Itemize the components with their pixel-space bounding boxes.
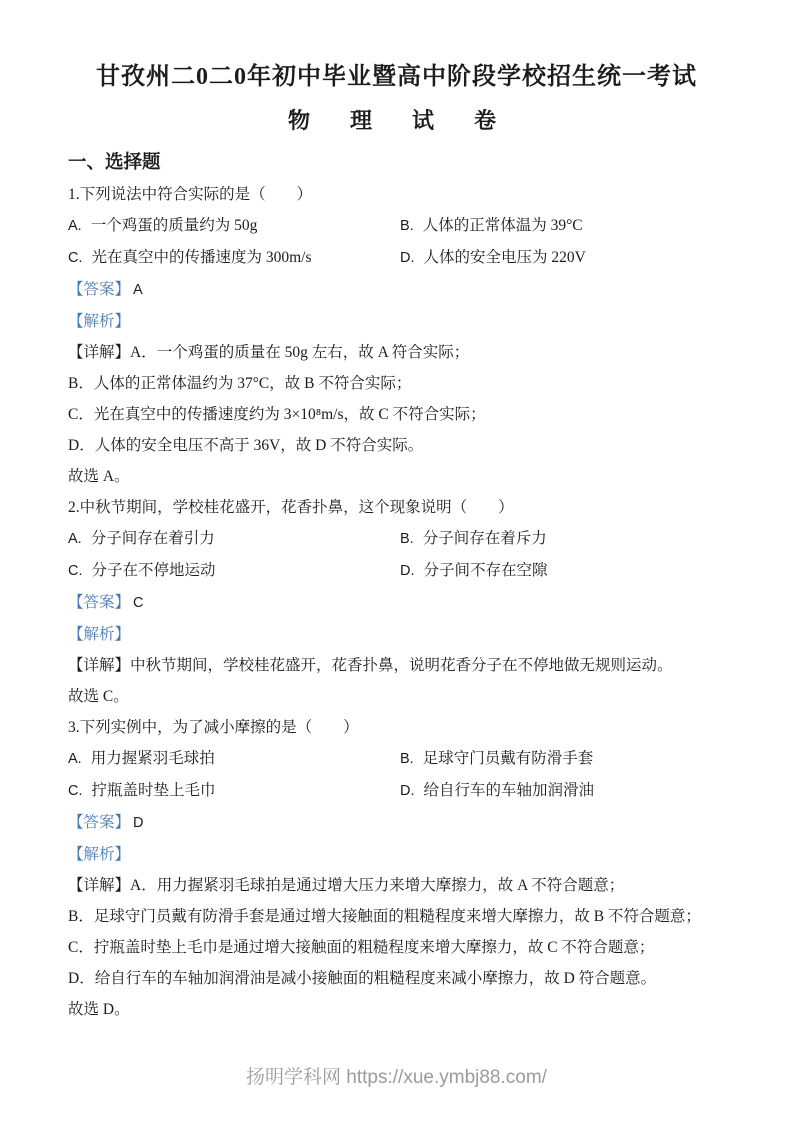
option-key: D. [400, 563, 415, 579]
question-3-option-a: A.用力握紧羽毛球拍 [68, 743, 400, 775]
analysis-label: 【解析】 [68, 846, 130, 863]
option-key: D. [400, 250, 415, 266]
exam-title: 甘孜州二0二0年初中毕业暨高中阶段学校招生统一考试 [68, 60, 725, 94]
question-3-detail-line: C．拧瓶盖时垫上毛巾是通过增大接触面的粗糙程度来增大摩擦力，故 C 不符合题意； [68, 932, 725, 963]
question-1-analysis-line: 【解析】 [68, 306, 725, 337]
option-text: 分子在不停地运动 [92, 562, 216, 579]
option-key: C. [68, 783, 83, 799]
question-1-detail-line: 【详解】A．一个鸡蛋的质量在 50g 左右，故 A 符合实际； [68, 337, 725, 368]
question-3-options-row-1: A.用力握紧羽毛球拍 B.足球守门员戴有防滑手套 [68, 743, 725, 775]
option-text: 人体的正常体温为 39°C [423, 217, 583, 234]
question-1-stem: 1.下列说法中符合实际的是（ ） [68, 179, 725, 210]
option-text: 分子间存在着斥力 [423, 530, 547, 547]
question-3-option-b: B.足球守门员戴有防滑手套 [400, 743, 725, 775]
question-3-conclusion: 故选 D。 [68, 994, 725, 1025]
question-2-option-b: B.分子间存在着斥力 [400, 523, 725, 555]
question-3-options-row-2: C.拧瓶盖时垫上毛巾 D.给自行车的车轴加润滑油 [68, 775, 725, 807]
answer-value: C [133, 595, 143, 611]
analysis-label: 【解析】 [68, 313, 130, 330]
question-block-2: 2.中秋节期间，学校桂花盛开，花香扑鼻，这个现象说明（ ） A.分子间存在着引力… [68, 492, 725, 712]
option-text: 足球守门员戴有防滑手套 [423, 750, 594, 767]
question-2-option-c: C.分子在不停地运动 [68, 555, 400, 587]
question-1-answer-line: 【答案】A [68, 274, 725, 306]
question-1-options-row-1: A.一个鸡蛋的质量约为 50g B.人体的正常体温为 39°C [68, 210, 725, 242]
question-1-option-d: D.人体的安全电压为 220V [400, 242, 725, 274]
question-block-3: 3.下列实例中，为了减小摩擦的是（ ） A.用力握紧羽毛球拍 B.足球守门员戴有… [68, 712, 725, 1025]
question-2-stem: 2.中秋节期间，学校桂花盛开，花香扑鼻，这个现象说明（ ） [68, 492, 725, 523]
question-1-option-c: C.光在真空中的传播速度为 300m/s [68, 242, 400, 274]
question-2-option-d: D.分子间不存在空隙 [400, 555, 725, 587]
question-3-option-c: C.拧瓶盖时垫上毛巾 [68, 775, 400, 807]
question-1-detail-line: C．光在真空中的传播速度约为 3×10⁸m/s，故 C 不符合实际； [68, 399, 725, 430]
question-3-stem: 3.下列实例中，为了减小摩擦的是（ ） [68, 712, 725, 743]
option-text: 用力握紧羽毛球拍 [91, 750, 215, 767]
option-key: C. [68, 250, 83, 266]
answer-value: A [133, 282, 143, 298]
analysis-label: 【解析】 [68, 626, 130, 643]
question-3-option-d: D.给自行车的车轴加润滑油 [400, 775, 725, 807]
exam-document-page: 甘孜州二0二0年初中毕业暨高中阶段学校招生统一考试 物 理 试 卷 一、选择题 … [0, 0, 793, 1122]
answer-label: 【答案】 [68, 814, 130, 831]
option-text: 分子间存在着引力 [91, 530, 215, 547]
answer-label: 【答案】 [68, 594, 130, 611]
question-1-option-a: A.一个鸡蛋的质量约为 50g [68, 210, 400, 242]
option-key: A. [68, 218, 82, 234]
option-text: 给自行车的车轴加润滑油 [424, 782, 595, 799]
question-2-option-a: A.分子间存在着引力 [68, 523, 400, 555]
option-key: B. [400, 531, 414, 547]
question-3-detail-line: 【详解】A．用力握紧羽毛球拍是通过增大压力来增大摩擦力，故 A 不符合题意； [68, 870, 725, 901]
option-key: C. [68, 563, 83, 579]
option-key: D. [400, 783, 415, 799]
question-block-1: 1.下列说法中符合实际的是（ ） A.一个鸡蛋的质量约为 50g B.人体的正常… [68, 179, 725, 492]
question-3-answer-line: 【答案】D [68, 807, 725, 839]
option-key: A. [68, 531, 82, 547]
question-2-answer-line: 【答案】C [68, 587, 725, 619]
section-heading-multiple-choice: 一、选择题 [68, 148, 725, 179]
option-key: B. [400, 218, 414, 234]
watermark-footer: 扬明学科网 https://xue.ymbj88.com/ [0, 1062, 793, 1089]
answer-value: D [133, 815, 143, 831]
question-2-analysis-line: 【解析】 [68, 619, 725, 650]
answer-label: 【答案】 [68, 281, 130, 298]
question-1-options-row-2: C.光在真空中的传播速度为 300m/s D.人体的安全电压为 220V [68, 242, 725, 274]
option-key: B. [400, 751, 414, 767]
option-text: 拧瓶盖时垫上毛巾 [92, 782, 216, 799]
exam-content: 甘孜州二0二0年初中毕业暨高中阶段学校招生统一考试 物 理 试 卷 一、选择题 … [0, 0, 793, 1025]
option-text: 分子间不存在空隙 [424, 562, 548, 579]
question-3-detail-line: D．给自行车的车轴加润滑油是减小接触面的粗糙程度来减小摩擦力，故 D 符合题意。 [68, 963, 725, 994]
question-3-detail-line: B．足球守门员戴有防滑手套是通过增大接触面的粗糙程度来增大摩擦力，故 B 不符合… [68, 901, 725, 932]
option-key: A. [68, 751, 82, 767]
question-2-detail-line: 【详解】中秋节期间，学校桂花盛开，花香扑鼻，说明花香分子在不停地做无规则运动。 [68, 650, 725, 681]
question-1-detail-line: B．人体的正常体温约为 37°C，故 B 不符合实际； [68, 368, 725, 399]
exam-subtitle: 物 理 试 卷 [68, 106, 725, 136]
question-1-conclusion: 故选 A。 [68, 461, 725, 492]
question-2-options-row-1: A.分子间存在着引力 B.分子间存在着斥力 [68, 523, 725, 555]
question-2-options-row-2: C.分子在不停地运动 D.分子间不存在空隙 [68, 555, 725, 587]
option-text: 一个鸡蛋的质量约为 50g [91, 217, 258, 234]
option-text: 光在真空中的传播速度为 300m/s [92, 249, 312, 266]
option-text: 人体的安全电压为 220V [424, 249, 586, 266]
question-3-analysis-line: 【解析】 [68, 839, 725, 870]
question-2-conclusion: 故选 C。 [68, 681, 725, 712]
question-1-option-b: B.人体的正常体温为 39°C [400, 210, 725, 242]
question-1-detail-line: D．人体的安全电压不高于 36V，故 D 不符合实际。 [68, 430, 725, 461]
